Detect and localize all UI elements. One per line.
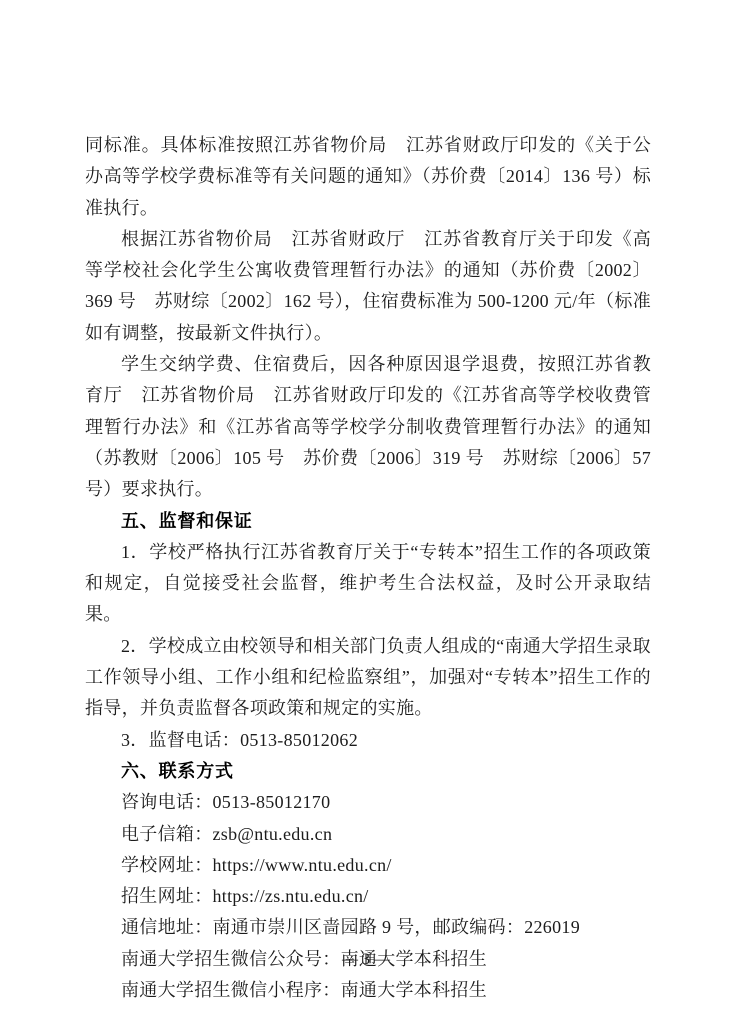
heading-contact-info: 六、联系方式: [85, 756, 651, 787]
para-school-website: 学校网址：https://www.ntu.edu.cn/: [85, 850, 651, 881]
para-accommodation-fee: 根据江苏省物价局 江苏省财政厅 江苏省教育厅关于印发《高等学校社会化学生公寓收费…: [85, 224, 651, 349]
para-consult-phone: 咨询电话：0513-85012170: [85, 787, 651, 818]
para-admission-leading-group: 2．学校成立由校领导和相关部门负责人组成的“南通大学招生录取工作领导小组、工作小…: [85, 631, 651, 725]
para-refund-policy: 学生交纳学费、住宿费后，因各种原因退学退费，按照江苏省教育厅 江苏省物价局 江苏…: [85, 349, 651, 505]
heading-supervision-guarantee: 五、监督和保证: [85, 506, 651, 537]
document-page: 同标准。具体标准按照江苏省物价局 江苏省财政厅印发的《关于公办高等学校学费标准等…: [0, 0, 732, 1035]
para-tuition-standard-continued: 同标准。具体标准按照江苏省物价局 江苏省财政厅印发的《关于公办高等学校学费标准等…: [85, 130, 651, 224]
para-policy-compliance: 1．学校严格执行江苏省教育厅关于“专转本”招生工作的各项政策和规定，自觉接受社会…: [85, 537, 651, 631]
para-email: 电子信箱：zsb@ntu.edu.cn: [85, 819, 651, 850]
para-supervision-phone: 3．监督电话：0513-85012062: [85, 725, 651, 756]
para-postal-address: 通信地址：南通市崇川区啬园路 9 号，邮政编码：226019: [85, 912, 651, 943]
para-wechat-mini-program: 南通大学招生微信小程序：南通大学本科招生: [85, 975, 651, 1006]
para-admission-website: 招生网址：https://zs.ntu.edu.cn/: [85, 881, 651, 912]
document-body: 同标准。具体标准按照江苏省物价局 江苏省财政厅印发的《关于公办高等学校学费标准等…: [85, 130, 651, 1006]
page-number: — 3 —: [0, 951, 732, 969]
